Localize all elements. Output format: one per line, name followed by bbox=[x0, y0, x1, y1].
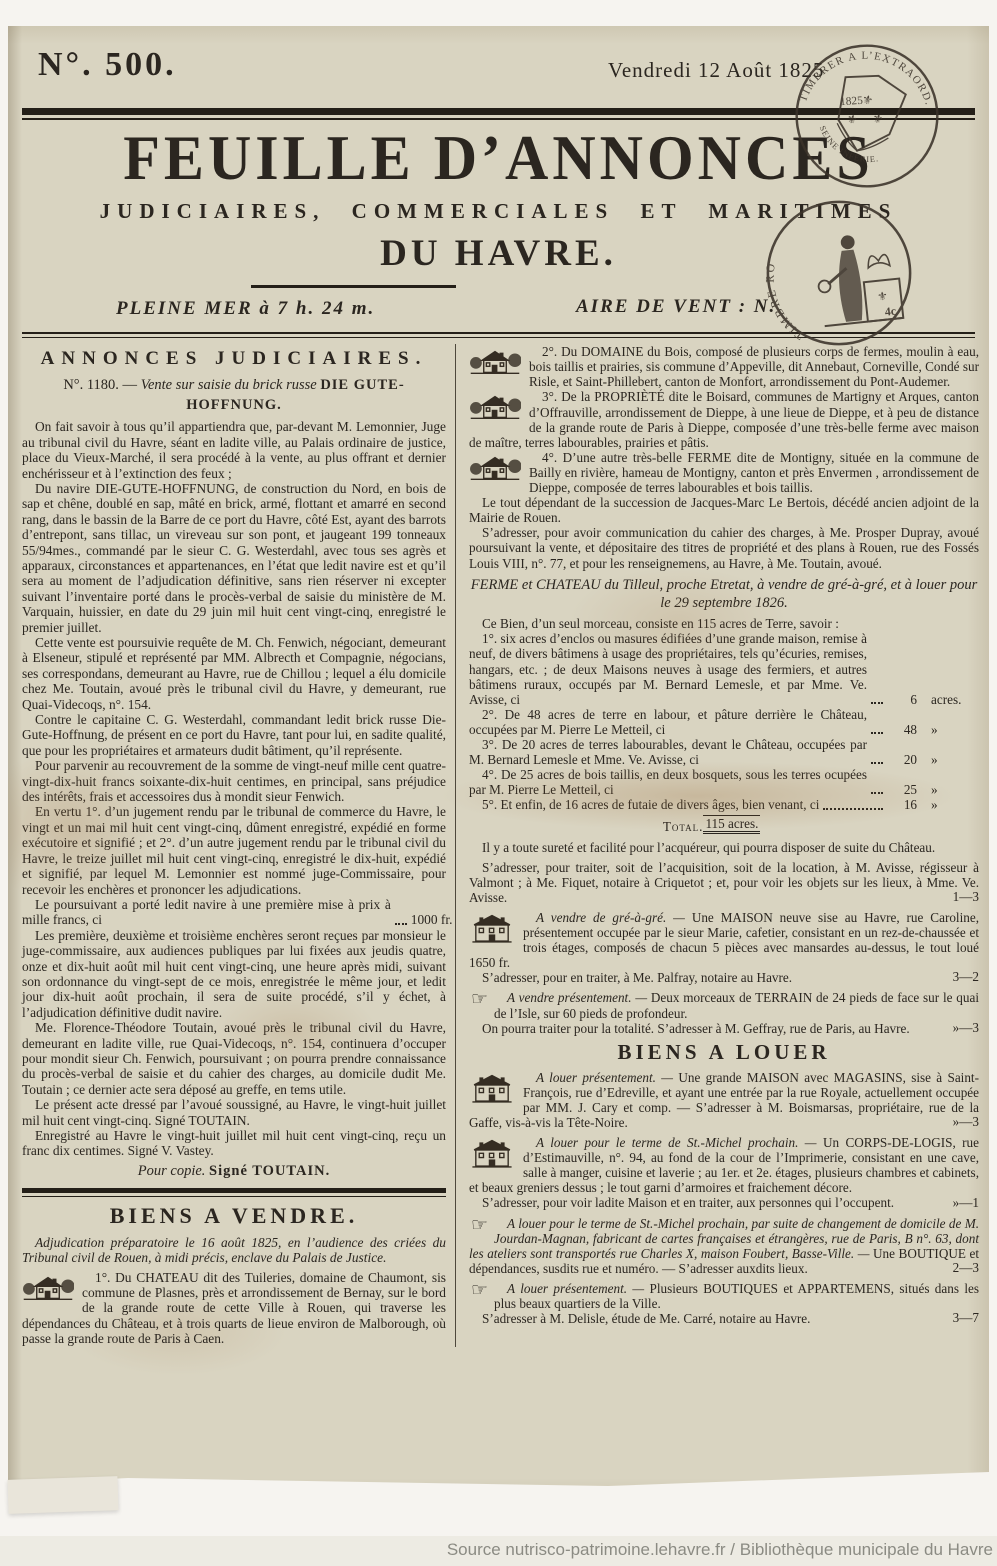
notice-title: N°. 1180. — Vente sur saisie du brick ru… bbox=[22, 376, 446, 415]
vendre-item-4: 4°. D’une autre très-belle FERME dite de… bbox=[469, 450, 979, 495]
paragraph: 1°. Du CHATEAU dit des Tuileries, domain… bbox=[22, 1270, 446, 1347]
notice-number: N°. 1180. — bbox=[63, 377, 137, 393]
paragraph: Enregistré au Havre le vingt-huit juille… bbox=[22, 1128, 446, 1159]
insertion-code: 3—2 bbox=[953, 969, 979, 985]
svg-text:⚜: ⚜ bbox=[845, 111, 860, 128]
farm-vignette-icon bbox=[469, 346, 521, 383]
ferme-chateau-heading: FERME et CHATEAU du Tilleul, proche Etre… bbox=[469, 576, 979, 614]
insertion-code: »—1 bbox=[953, 1195, 979, 1211]
stamp-arc-text: TIMBRER A L’EXTRAORD. bbox=[797, 40, 943, 137]
wind-info: AIRE DE VENT : N. bbox=[576, 296, 776, 318]
dot-leader bbox=[871, 702, 883, 704]
acres-row: 5°. Et enfin, de 16 acres de futaie de d… bbox=[469, 797, 979, 812]
paragraph: Il y a toute sureté et facilité pour l’a… bbox=[469, 840, 979, 855]
paragraph: 4°. D’une autre très-belle FERME dite de… bbox=[469, 450, 979, 495]
house-vignette-icon bbox=[469, 912, 515, 953]
newspaper-scan: N°. 500. Vendredi 12 Août 1825 FEUILLE D… bbox=[0, 0, 997, 1566]
adjudication-intro: Adjudication préparatoire le 16 août 182… bbox=[22, 1235, 446, 1266]
paragraph: S’adresser, pour avoir communication du … bbox=[469, 525, 979, 570]
notice-title-italic: Vente sur saisie du brick russe bbox=[141, 377, 317, 393]
section-title-annonces: ANNONCES JUDICIAIRES. bbox=[22, 348, 446, 370]
insertion-code: 2—3 bbox=[953, 1260, 979, 1276]
vendre-item-1: 1°. Du CHATEAU dit des Tuileries, domain… bbox=[22, 1270, 446, 1347]
ad-boutiques-appartemens: ☞ A louer présentement. — Plusieurs BOUT… bbox=[469, 1281, 979, 1326]
svg-text:⚜: ⚜ bbox=[871, 111, 886, 128]
paragraph: On fait savoir à tous qu’il appartiendra… bbox=[22, 419, 446, 481]
svg-text:TIMBRER A L’EXTRAORD.: TIMBRER A L’EXTRAORD. bbox=[797, 40, 943, 137]
columns: ANNONCES JUDICIAIRES. N°. 1180. — Vente … bbox=[22, 344, 979, 1346]
vendre-item-3: 3°. De la PROPRIÈTÉ dite le Boisard, com… bbox=[469, 389, 979, 449]
paragraph: Du navire DIE-GUTE-HOFFNUNG, de construc… bbox=[22, 481, 446, 635]
source-attribution-bar: Source nutrisco-patrimoine.lehavre.fr / … bbox=[0, 1536, 997, 1566]
paragraph: Les première, deuxième et troisième ench… bbox=[22, 928, 446, 1020]
paragraph: 3°. De la PROPRIÈTÉ dite le Boisard, com… bbox=[469, 389, 979, 449]
farm-vignette-icon bbox=[469, 391, 521, 428]
dot-leader bbox=[871, 732, 883, 734]
mise-a-prix-row: Le poursuivant a porté ledit navire à un… bbox=[22, 897, 446, 928]
paragraph: Le tout dépendant de la succession de Ja… bbox=[469, 495, 979, 525]
house-vignette-icon bbox=[469, 1137, 515, 1178]
paragraph: En vertu 1°. d’un jugement rendu par le … bbox=[22, 804, 446, 896]
ad-terrain-quai: ☞ A vendre présentement. — Deux morceaux… bbox=[469, 990, 979, 1035]
dot-leader bbox=[395, 923, 407, 925]
acres-row: 1°. six acres d’enclos ou masures édifié… bbox=[469, 631, 979, 706]
dot-leader bbox=[871, 792, 883, 794]
tide-info: PLEINE MER à 7 h. 24 m. bbox=[116, 298, 375, 320]
signature-line: Pour copie. Signé TOUTAIN. bbox=[22, 1163, 446, 1180]
house-vignette-icon bbox=[469, 1072, 515, 1113]
newspaper-page: N°. 500. Vendredi 12 Août 1825 FEUILLE D… bbox=[8, 26, 989, 1504]
traiter-paragraph: S’adresser, pour traiter, soit de l’acqu… bbox=[469, 860, 979, 905]
paragraph: Cette vente est poursuivie requête de M.… bbox=[22, 635, 446, 712]
paragraph: Pour parvenir au recouvrement de la somm… bbox=[22, 758, 446, 804]
svg-text:1825: 1825 bbox=[840, 95, 864, 109]
paragraph: Le présent acte dressé par l’avoué souss… bbox=[22, 1097, 446, 1128]
insertion-code: 3—7 bbox=[953, 1310, 979, 1326]
dot-leader bbox=[823, 808, 883, 810]
royal-stamp-icon: TIMBRE ROYAL ⚜ 4c bbox=[760, 194, 918, 352]
insertion-code: 1—3 bbox=[953, 889, 979, 905]
insertion-code: »—3 bbox=[953, 1020, 979, 1036]
section-title-biens-a-louer: BIENS A LOUER bbox=[469, 1040, 979, 1065]
section-title-biens-a-vendre: BIENS A VENDRE. bbox=[22, 1203, 446, 1229]
mise-label: Le poursuivant a porté ledit navire à un… bbox=[22, 897, 391, 928]
tax-stamp-icon: TIMBRER A L’EXTRAORD. SEINE INFERIE. ⚜ ⚜… bbox=[791, 40, 943, 192]
dot-leader bbox=[871, 762, 883, 764]
source-attribution-text: Source nutrisco-patrimoine.lehavre.fr / … bbox=[447, 1540, 993, 1560]
acres-total-row: Total. 115 acres. bbox=[663, 815, 979, 834]
paragraph: Contre le capitaine C. G. Westerdahl, co… bbox=[22, 712, 446, 758]
insertion-code: »—3 bbox=[953, 1114, 979, 1130]
paragraph: 2°. Du DOMAINE du Bois, composé de plusi… bbox=[469, 344, 979, 389]
right-column: 2°. Du DOMAINE du Bois, composé de plusi… bbox=[455, 344, 979, 1346]
acres-row: 2°. De 48 acres de terre en labour, et p… bbox=[469, 707, 979, 737]
paragraph: Ce Bien, d’un seul morceau, consiste en … bbox=[469, 616, 979, 631]
farm-vignette-icon bbox=[469, 452, 521, 489]
stamp-value: 4c bbox=[884, 304, 897, 319]
issue-number: N°. 500. bbox=[38, 46, 177, 84]
manicule-icon: ☞ bbox=[471, 1218, 488, 1232]
svg-text:TIMBRE ROYAL: TIMBRE ROYAL bbox=[760, 194, 807, 347]
ad-boutique-jourdan: ☞ A louer pour le terme de St.-Michel pr… bbox=[469, 1216, 979, 1276]
acres-row: 3°. De 20 acres de terres labourables, d… bbox=[469, 737, 979, 767]
ad-maison-magasins: A louer présentement. — Une grande MAISO… bbox=[469, 1070, 979, 1130]
farm-vignette-icon bbox=[22, 1272, 74, 1309]
manicule-icon: ☞ bbox=[471, 1283, 488, 1297]
ad-corps-de-logis: A louer pour le terme de St.-Michel proc… bbox=[469, 1135, 979, 1210]
manicule-icon: ☞ bbox=[471, 992, 488, 1006]
underlying-page-corner bbox=[7, 1476, 118, 1514]
acres-total-value: 115 acres. bbox=[703, 815, 760, 834]
acres-row: 4°. De 25 acres de bois taillis, en deux… bbox=[469, 767, 979, 797]
ad-maison-caroline: A vendre de gré-à-gré. — Une MAISON neuv… bbox=[469, 910, 979, 985]
vendre-item-2: 2°. Du DOMAINE du Bois, composé de plusi… bbox=[469, 344, 979, 389]
paragraph: Me. Florence-Théodore Toutain, avoué prè… bbox=[22, 1020, 446, 1097]
section-divider-rule bbox=[22, 1188, 446, 1197]
masthead-rule bbox=[251, 285, 456, 288]
left-column: ANNONCES JUDICIAIRES. N°. 1180. — Vente … bbox=[22, 344, 446, 1346]
svg-text:⚜: ⚜ bbox=[877, 289, 889, 304]
mise-value: 1000 fr. bbox=[411, 912, 446, 927]
